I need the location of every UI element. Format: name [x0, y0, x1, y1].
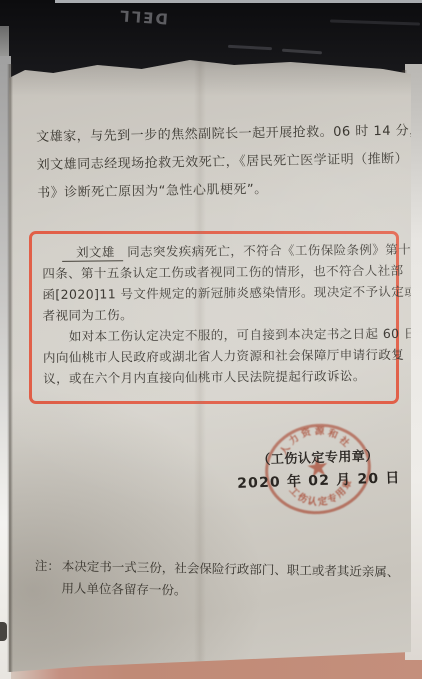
photo-top-edge-highlight: [55, 0, 422, 3]
laptop-reflection-line: [330, 19, 420, 25]
note-prefix: 注：: [34, 555, 60, 599]
footer-note: 注： 本决定书一式三份，社会保险行政部门、职工或者其近亲属、 用人单位各留存一份…: [34, 555, 399, 605]
decision-line-rest: 同志突发疾病死亡，不符合《工伤保险条例》第十: [127, 242, 411, 259]
decision-line: 议，或在六个月内直接向仙桃市人民法院提起行政诉讼。: [43, 365, 389, 389]
laptop-reflection-line: [228, 45, 272, 50]
intro-line: 书》诊断死亡原因为“急性心肌梗死”。: [37, 173, 422, 208]
stamp-caption-block: （工伤认定专用章） 2020 年 02 月 20 日: [225, 447, 411, 493]
victim-name: 刘文雄: [62, 244, 123, 262]
decision-line: 内向仙桃市人民政府或湖北省人力资源和社会保障厅申请行政复: [43, 344, 389, 368]
dell-logo: DELL: [111, 4, 174, 30]
decision-line: 如对本工伤认定决定不服的，可自接到本决定书之日起 60 日: [43, 323, 389, 347]
stamp-date: 2020 年 02 月 20 日: [226, 469, 412, 493]
decision-line: 函[2020]11 号文件规定的新冠肺炎感染情形。现决定不予认定或: [42, 281, 388, 305]
left-paper-seam-shadow: [7, 64, 13, 672]
decision-highlight-box: 刘文雄 同志突发疾病死亡，不符合《工伤保险条例》第十 四条、第十五条认定工伤或者…: [29, 231, 399, 404]
photo-of-document: DELL 文雄家，与先到一步的焦然副院长一起开展抢救。06 时 14 分， 刘文…: [0, 0, 422, 679]
laptop-reflection-line: [282, 49, 322, 55]
stamp-label: （工伤认定专用章）: [225, 447, 410, 470]
intro-paragraph: 文雄家，与先到一步的焦然副院长一起开展抢救。06 时 14 分， 刘文雄同志经现…: [36, 117, 422, 208]
background-gap-patch: [0, 26, 9, 56]
background-dark-notch: [0, 622, 7, 641]
decision-line: 刘文雄 同志突发疾病死亡，不符合《工伤保险条例》第十: [42, 239, 388, 263]
decision-line: 者视同为工伤。: [43, 302, 389, 326]
decision-text: 刘文雄 同志突发疾病死亡，不符合《工伤保险条例》第十 四条、第十五条认定工伤或者…: [42, 239, 389, 389]
note-lines: 本决定书一式三份，社会保险行政部门、职工或者其近亲属、 用人单位各留存一份。: [61, 555, 399, 605]
document-page: 文雄家，与先到一步的焦然副院长一起开展抢救。06 时 14 分， 刘文雄同志经现…: [9, 48, 411, 679]
decision-line: 四条、第十五条认定工伤或者视同工伤的情形，也不符合人社部: [42, 260, 388, 284]
